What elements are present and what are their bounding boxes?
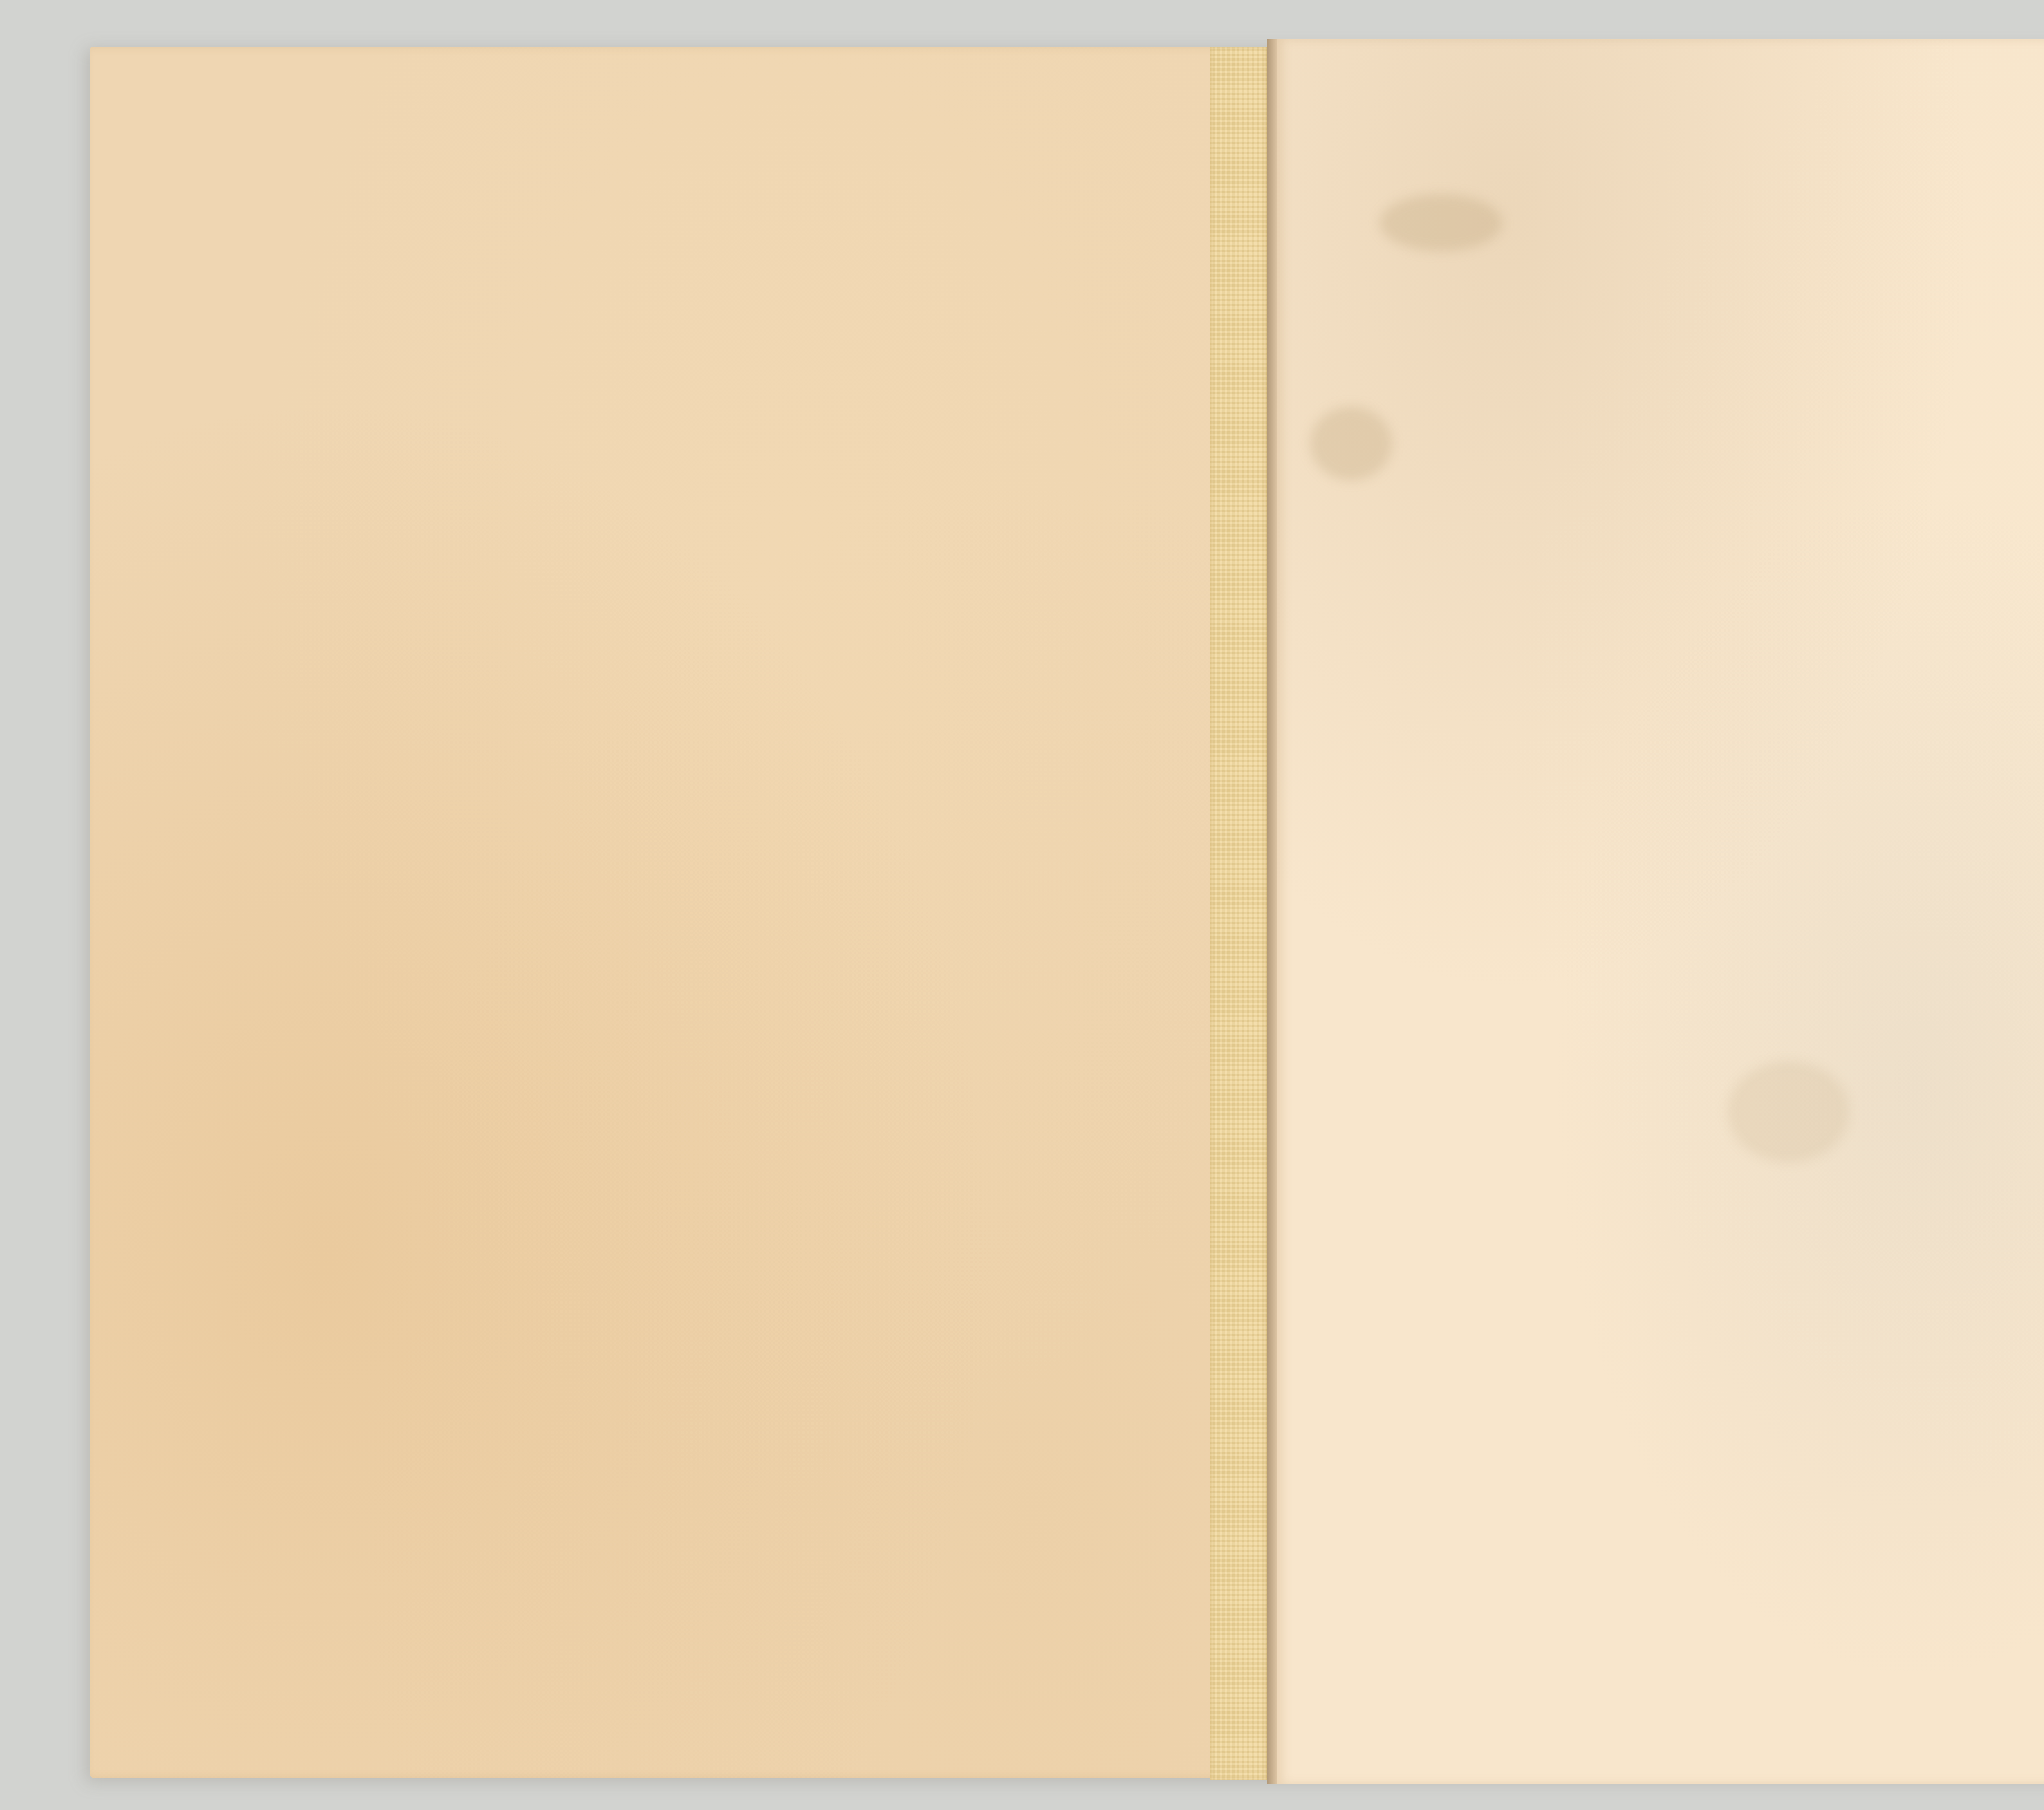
stain-mark xyxy=(1380,194,1502,251)
left-page-inside-cover xyxy=(90,47,1267,1778)
right-page xyxy=(1277,39,2044,1784)
stain-mark xyxy=(1310,407,1392,480)
stain-mark xyxy=(1727,1061,1850,1163)
photo-scene xyxy=(0,0,2044,1810)
spine-cloth-tape xyxy=(1210,47,1267,1780)
